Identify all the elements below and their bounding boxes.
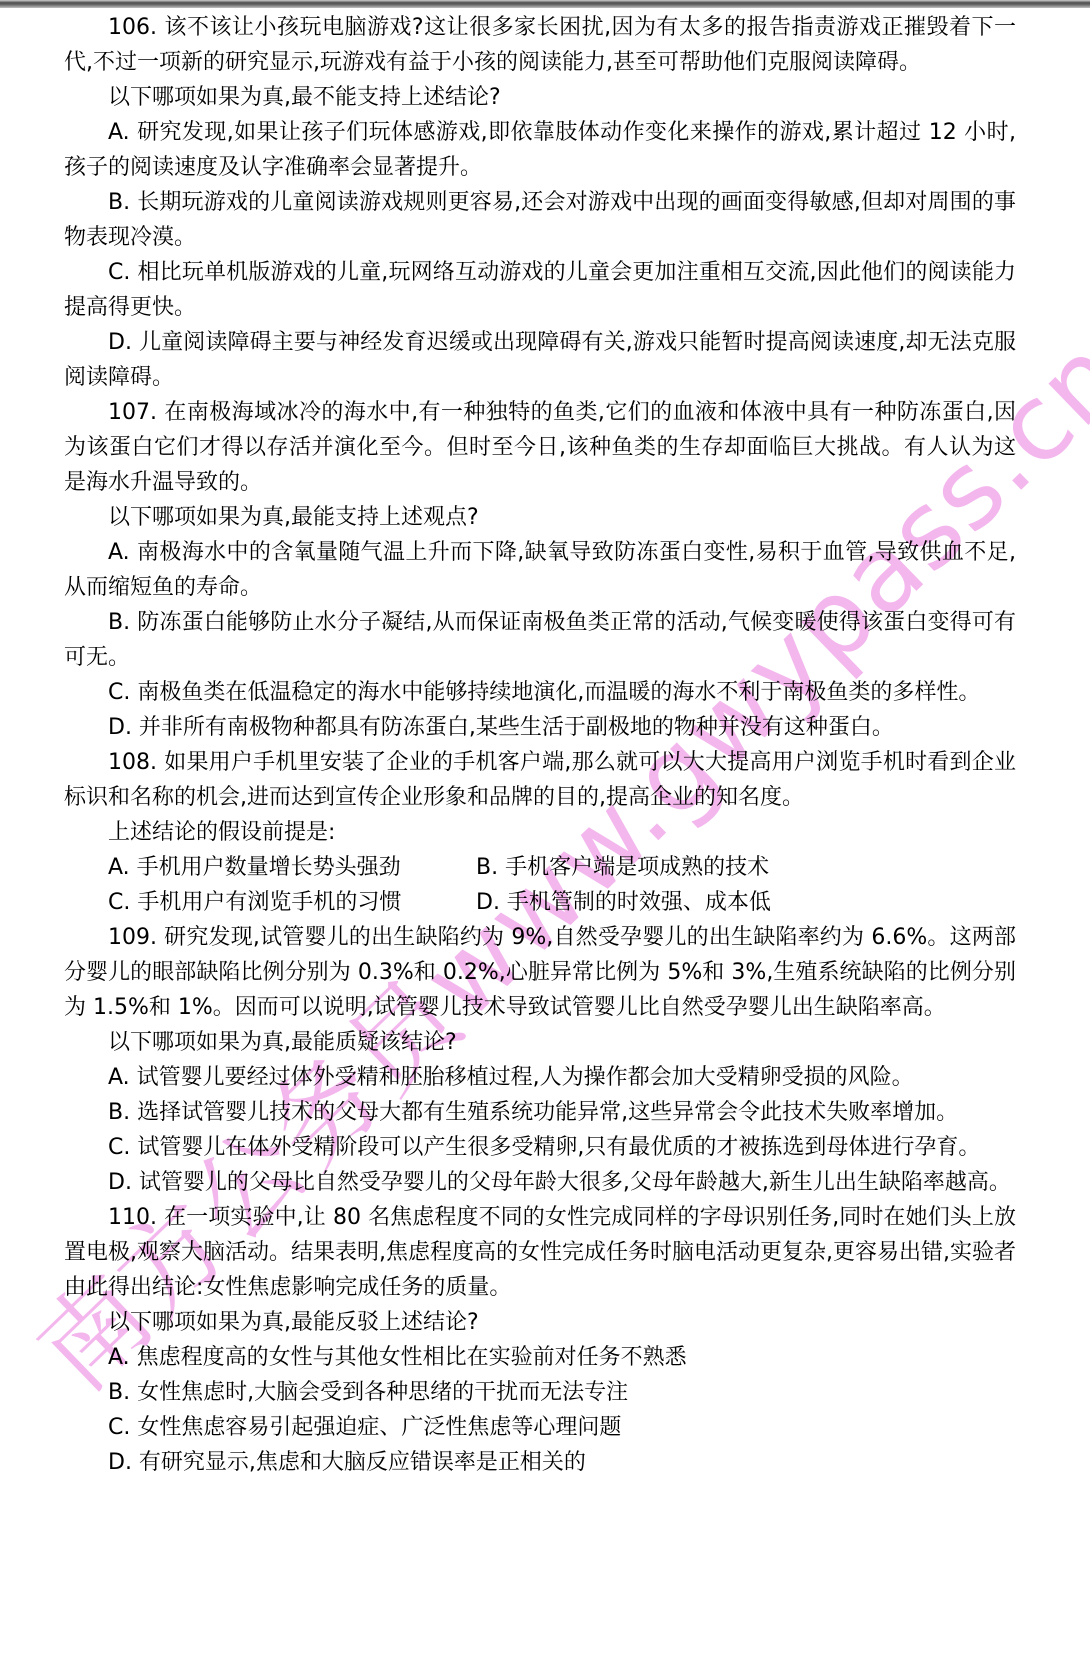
question-stem: 106. 该不该让小孩玩电脑游戏?这让很多家长困扰,因为有太多的报告指责游戏正摧… — [64, 10, 1016, 80]
question-prompt: 以下哪项如果为真,最能支持上述观点? — [64, 500, 1016, 535]
question-prompt: 以下哪项如果为真,最能反驳上述结论? — [64, 1305, 1016, 1340]
option-c: C. 手机用户有浏览手机的习惯 — [108, 885, 476, 920]
option-d: D. 有研究显示,焦虑和大脑反应错误率是正相关的 — [64, 1445, 1016, 1480]
question-108: 108. 如果用户手机里安装了企业的手机客户端,那么就可以大大提高用户浏览手机时… — [64, 745, 1016, 920]
question-106: 106. 该不该让小孩玩电脑游戏?这让很多家长困扰,因为有太多的报告指责游戏正摧… — [64, 10, 1016, 395]
option-a: A. 南极海水中的含氧量随气温上升而下降,缺氧导致防冻蛋白变性,易积于血管,导致… — [64, 535, 1016, 605]
option-b: B. 防冻蛋白能够防止水分子凝结,从而保证南极鱼类正常的活动,气候变暖使得该蛋白… — [64, 605, 1016, 675]
question-stem: 108. 如果用户手机里安装了企业的手机客户端,那么就可以大大提高用户浏览手机时… — [64, 745, 1016, 815]
option-a: A. 试管婴儿要经过体外受精和胚胎移植过程,人为操作都会加大受精卵受损的风险。 — [64, 1060, 1016, 1095]
option-b: B. 选择试管婴儿技术的父母大都有生殖系统功能异常,这些异常会令此技术失败率增加… — [64, 1095, 1016, 1130]
option-b: B. 女性焦虑时,大脑会受到各种思绪的干扰而无法专注 — [64, 1375, 1016, 1410]
option-d: D. 手机管制的时效强、成本低 — [476, 885, 1016, 920]
question-prompt: 以下哪项如果为真,最不能支持上述结论? — [64, 80, 1016, 115]
question-110: 110. 在一项实验中,让 80 名焦虑程度不同的女性完成同样的字母识别任务,同… — [64, 1200, 1016, 1480]
question-prompt: 以下哪项如果为真,最能质疑该结论? — [64, 1025, 1016, 1060]
question-stem: 107. 在南极海域冰冷的海水中,有一种独特的鱼类,它们的血液和体液中具有一种防… — [64, 395, 1016, 500]
option-b: B. 长期玩游戏的儿童阅读游戏规则更容易,还会对游戏中出现的画面变得敏感,但却对… — [64, 185, 1016, 255]
option-b: B. 手机客户端是项成熟的技术 — [476, 850, 1016, 885]
question-stem: 110. 在一项实验中,让 80 名焦虑程度不同的女性完成同样的字母识别任务,同… — [64, 1200, 1016, 1305]
option-row-cd: C. 手机用户有浏览手机的习惯 D. 手机管制的时效强、成本低 — [64, 885, 1016, 920]
option-c: C. 女性焦虑容易引起强迫症、广泛性焦虑等心理问题 — [64, 1410, 1016, 1445]
question-107: 107. 在南极海域冰冷的海水中,有一种独特的鱼类,它们的血液和体液中具有一种防… — [64, 395, 1016, 745]
option-c: C. 相比玩单机版游戏的儿童,玩网络互动游戏的儿童会更加注重相互交流,因此他们的… — [64, 255, 1016, 325]
option-c: C. 南极鱼类在低温稳定的海水中能够持续地演化,而温暖的海水不利于南极鱼类的多样… — [64, 675, 1016, 710]
option-d: D. 试管婴儿的父母比自然受孕婴儿的父母年龄大很多,父母年龄越大,新生儿出生缺陷… — [64, 1165, 1016, 1200]
question-stem: 109. 研究发现,试管婴儿的出生缺陷约为 9%,自然受孕婴儿的出生缺陷率约为 … — [64, 920, 1016, 1025]
option-d: D. 儿童阅读障碍主要与神经发育迟缓或出现障碍有关,游戏只能暂时提高阅读速度,却… — [64, 325, 1016, 395]
question-109: 109. 研究发现,试管婴儿的出生缺陷约为 9%,自然受孕婴儿的出生缺陷率约为 … — [64, 920, 1016, 1200]
option-d: D. 并非所有南极物种都具有防冻蛋白,某些生活于副极地的物种并没有这种蛋白。 — [64, 710, 1016, 745]
option-a: A. 手机用户数量增长势头强劲 — [108, 850, 476, 885]
option-a: A. 焦虑程度高的女性与其他女性相比在实验前对任务不熟悉 — [64, 1340, 1016, 1375]
document-page: 106. 该不该让小孩玩电脑游戏?这让很多家长困扰,因为有太多的报告指责游戏正摧… — [0, 0, 1090, 1480]
question-prompt: 上述结论的假设前提是: — [64, 815, 1016, 850]
top-divider-bar — [0, 0, 1090, 8]
option-c: C. 试管婴儿在体外受精阶段可以产生很多受精卵,只有最优质的才被拣选到母体进行孕… — [64, 1130, 1016, 1165]
option-row-ab: A. 手机用户数量增长势头强劲 B. 手机客户端是项成熟的技术 — [64, 850, 1016, 885]
option-a: A. 研究发现,如果让孩子们玩体感游戏,即依靠肢体动作变化来操作的游戏,累计超过… — [64, 115, 1016, 185]
